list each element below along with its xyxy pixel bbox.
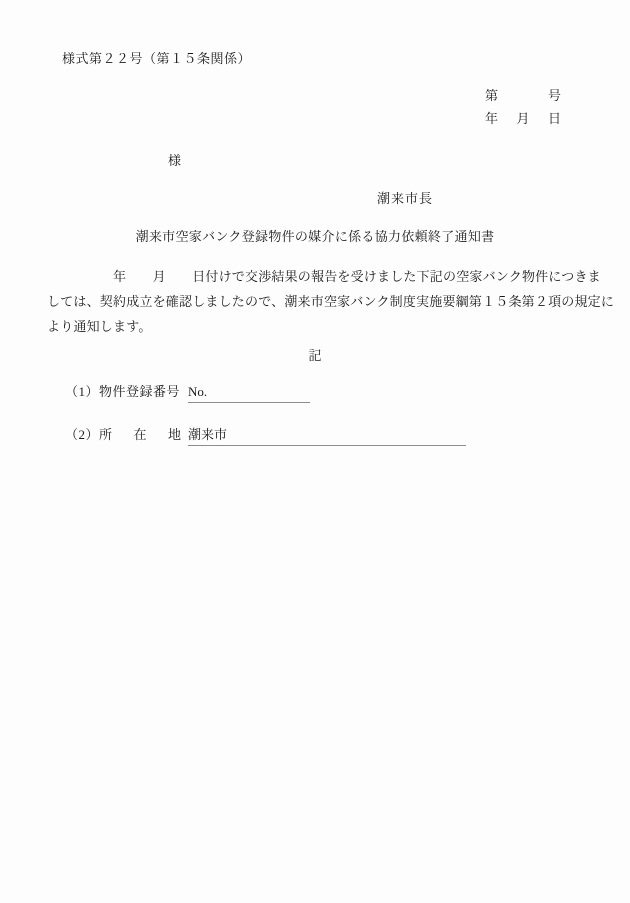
item-label-location-char-2: 在 [134, 424, 148, 443]
date-day-label: 日 [548, 108, 561, 127]
date-month-label: 月 [516, 108, 529, 127]
body-line-2: しては、契約成立を確認しましたので、潮来市空家バンク制度実施要綱第１５条第２項の… [47, 289, 592, 314]
item-label-text-1: 物件登録番号 [99, 381, 180, 400]
item-label-registration-number: （1） 物件登録番号 [65, 381, 188, 400]
doc-number-line: 第 号 [485, 85, 561, 104]
list-marker-ki: 記 [0, 345, 630, 364]
sender-title: 潮来市長 [377, 188, 433, 207]
body-line-3: より通知します。 [47, 314, 592, 339]
document-page: 様式第２２号（第１５条関係） 第 号 年 月 日 様 潮来市長 潮来市空家バンク… [0, 0, 630, 903]
item-prefix-2: （2） [65, 424, 99, 443]
addressee-honorific: 様 [168, 150, 181, 169]
registration-number-field: No. [188, 384, 310, 403]
item-row-registration-number: （1） 物件登録番号 No. [65, 381, 310, 403]
location-field: 潮来市 [188, 424, 466, 446]
form-number: 様式第２２号（第１５条関係） [62, 48, 251, 67]
date-line: 年 月 日 [485, 108, 561, 127]
item-label-location: （2） 所 在 地 [65, 424, 188, 443]
item-row-location: （2） 所 在 地 潮来市 [65, 424, 466, 446]
date-year-label: 年 [485, 108, 498, 127]
body-line-1: 年 月 日付けで交渉結果の報告を受けました下記の空家バンク物件につきま [47, 264, 592, 289]
body-paragraph: 年 月 日付けで交渉結果の報告を受けました下記の空家バンク物件につきま しては、… [47, 264, 592, 339]
item-label-location-char-3: 地 [168, 424, 182, 443]
doc-number-suffix: 号 [548, 85, 561, 104]
doc-number-prefix: 第 [485, 85, 498, 104]
item-label-location-char-1: 所 [99, 424, 113, 443]
item-prefix-1: （1） [65, 381, 99, 400]
document-title: 潮来市空家バンク登録物件の媒介に係る協力依頼終了通知書 [0, 226, 630, 245]
